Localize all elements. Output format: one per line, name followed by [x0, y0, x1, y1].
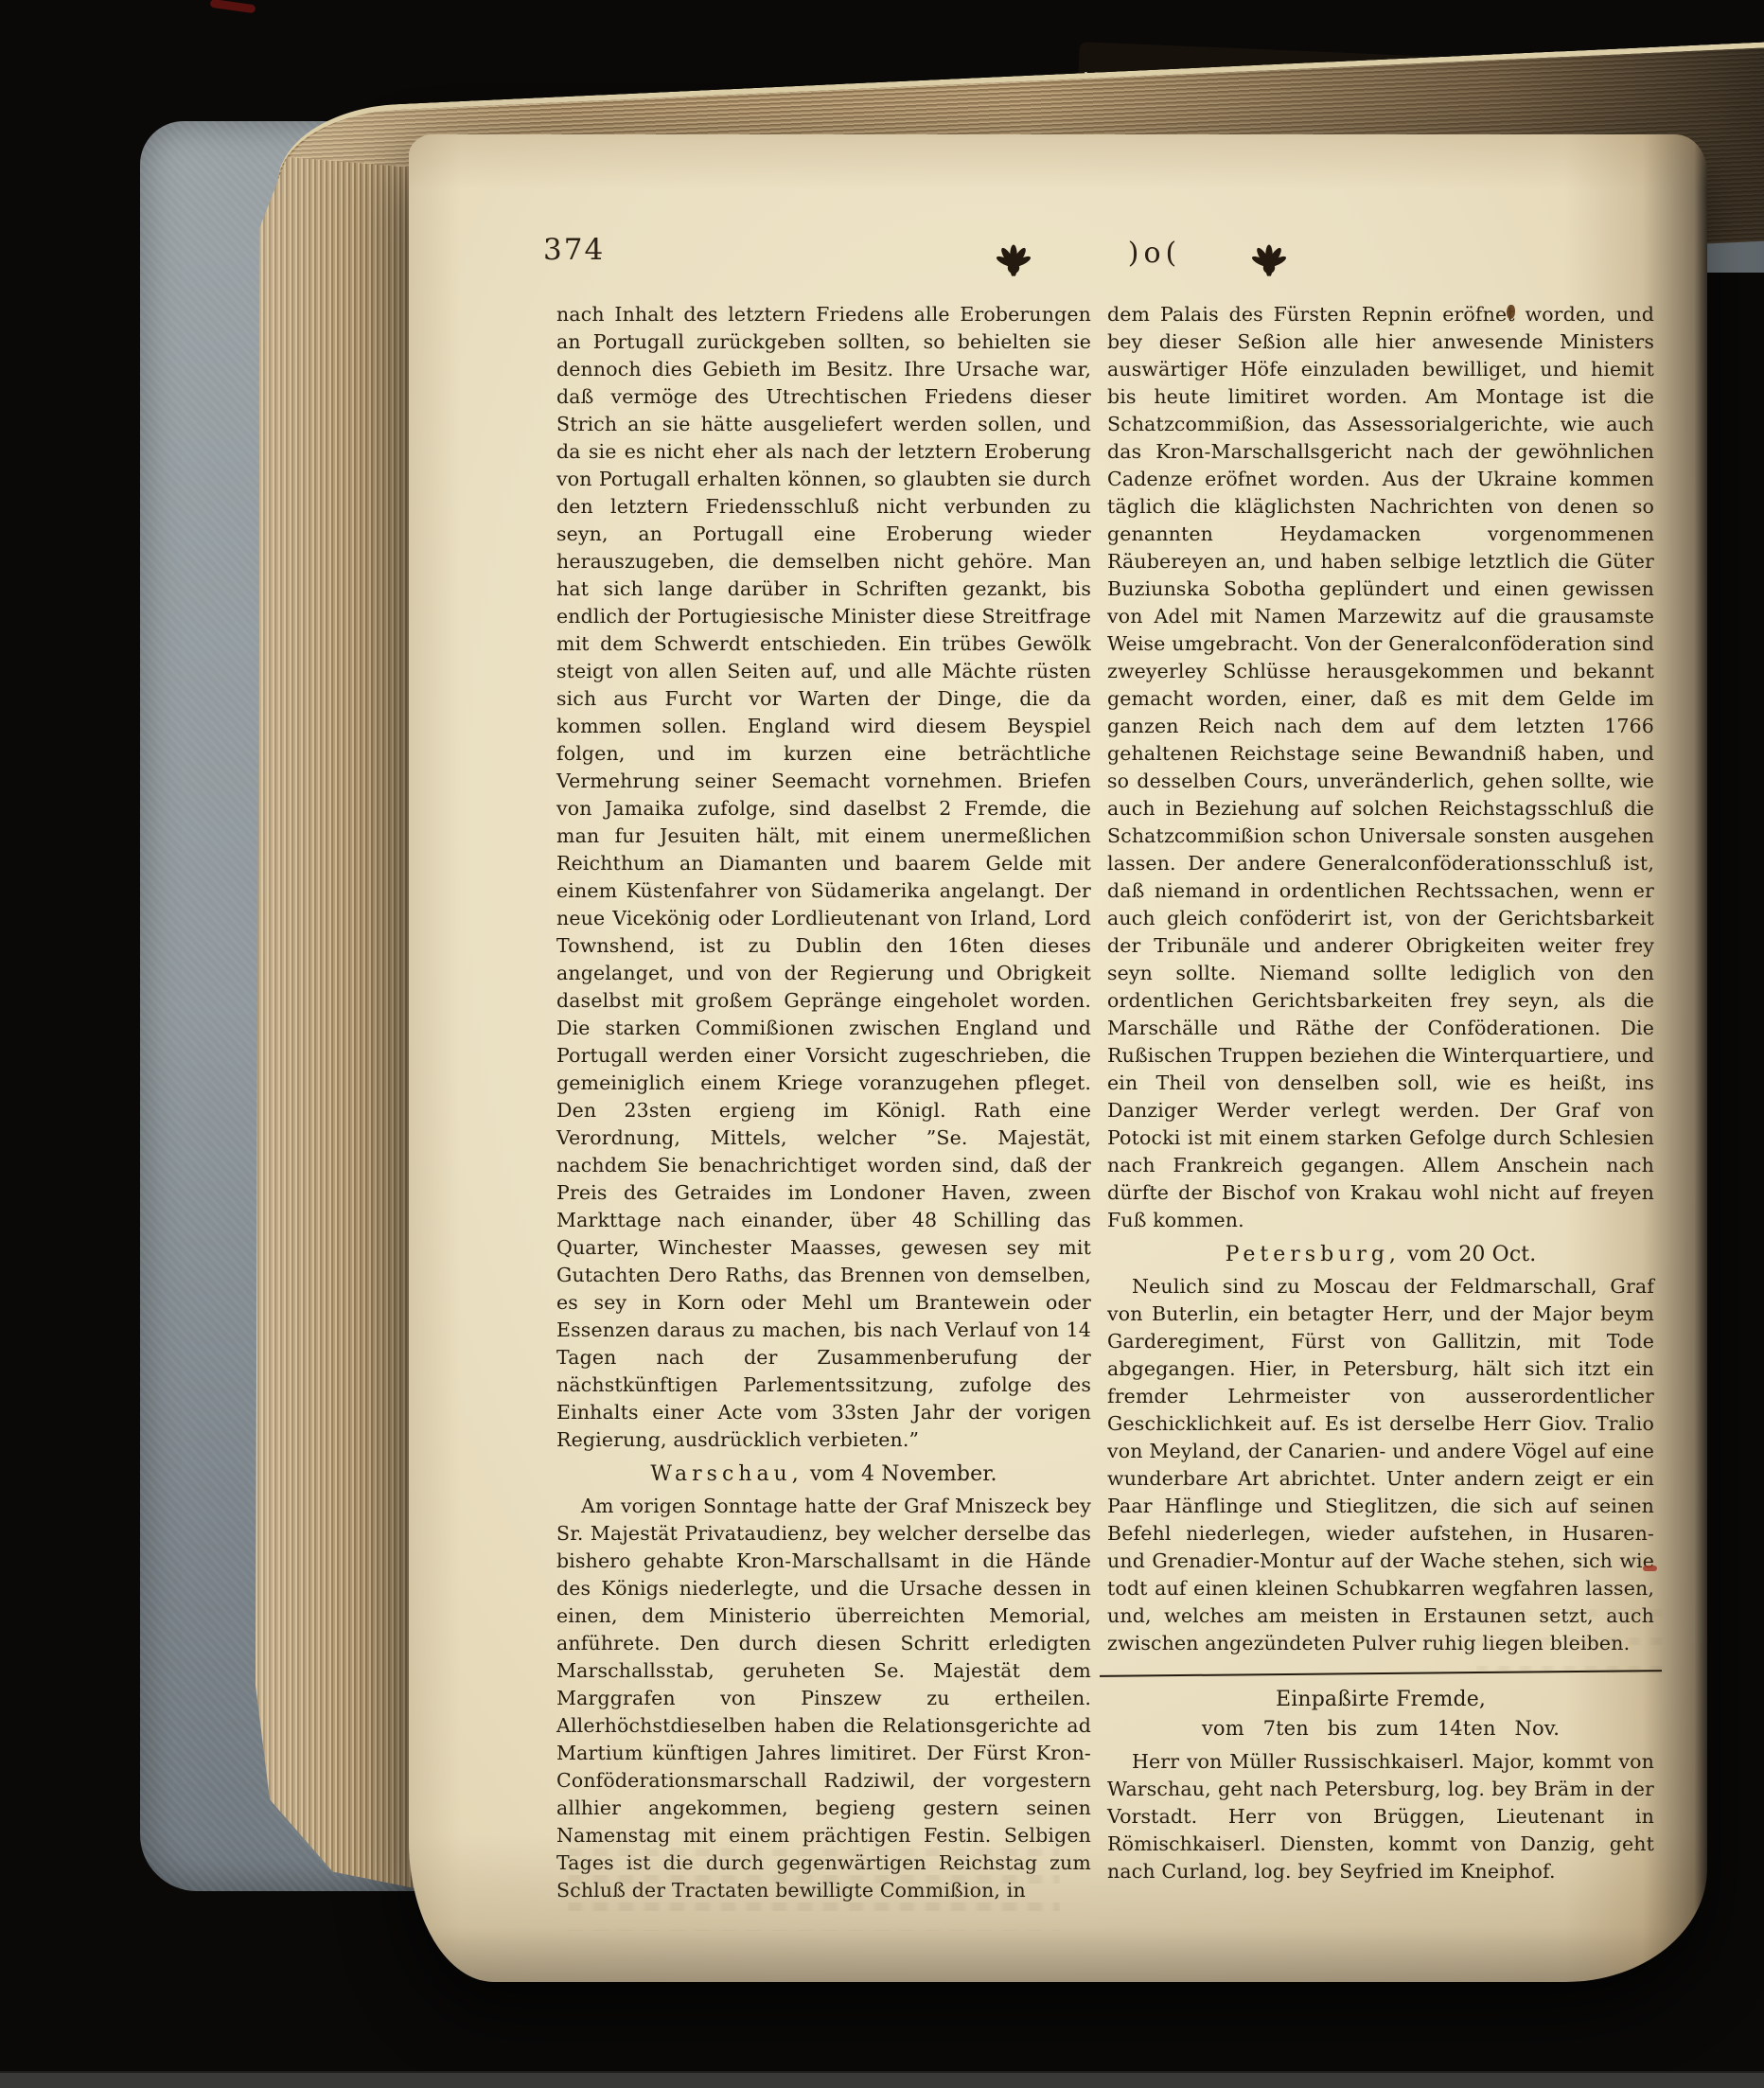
- paragraph-continuation-right: dem Palais des Fürsten Repnin eröfnet wo…: [1107, 301, 1654, 1234]
- ink-bleedthrough: [1476, 1609, 1666, 1694]
- scanner-bed-edge: [0, 2071, 1764, 2088]
- page-number: 374: [543, 233, 605, 267]
- section-heading-petersburg: Petersburg, vom 20 Oct.: [1107, 1241, 1654, 1268]
- scanned-book-photo: 374 )o(: [0, 0, 1764, 2088]
- scan-artifact: [210, 0, 256, 13]
- notice-subtitle: vom 7ten bis zum 14ten Nov.: [1107, 1715, 1654, 1743]
- section-heading-warschau: Warschau, vom 4 November.: [556, 1460, 1091, 1488]
- scan-artifact: [1643, 1566, 1657, 1571]
- paragraph-petersburg: Neulich sind zu Moscau der Feldmarschall…: [1107, 1273, 1654, 1657]
- heading-city: Warschau,: [650, 1462, 803, 1486]
- paragraph-warschau: Am vorigen Sonntage hatte der Graf Mnisz…: [556, 1493, 1091, 1904]
- paragraph-notice: Herr von Müller Russischkaiserl. Major, …: [1107, 1748, 1654, 1885]
- heading-city: Petersburg,: [1226, 1243, 1401, 1266]
- fleuron-icon: [994, 242, 1033, 276]
- paragraph-continuation-left: nach Inhalt des letztern Friedens alle E…: [556, 301, 1091, 1454]
- fleuron-icon: [1249, 242, 1289, 276]
- heading-date: vom 20 Oct.: [1407, 1243, 1536, 1266]
- paper-stain: [1507, 305, 1515, 319]
- heading-date: vom 4 November.: [810, 1462, 997, 1486]
- ink-bleedthrough: [568, 1848, 1060, 1931]
- text-column-left: nach Inhalt des letztern Friedens alle E…: [556, 301, 1091, 1904]
- header-center-mark: )o(: [1090, 237, 1219, 270]
